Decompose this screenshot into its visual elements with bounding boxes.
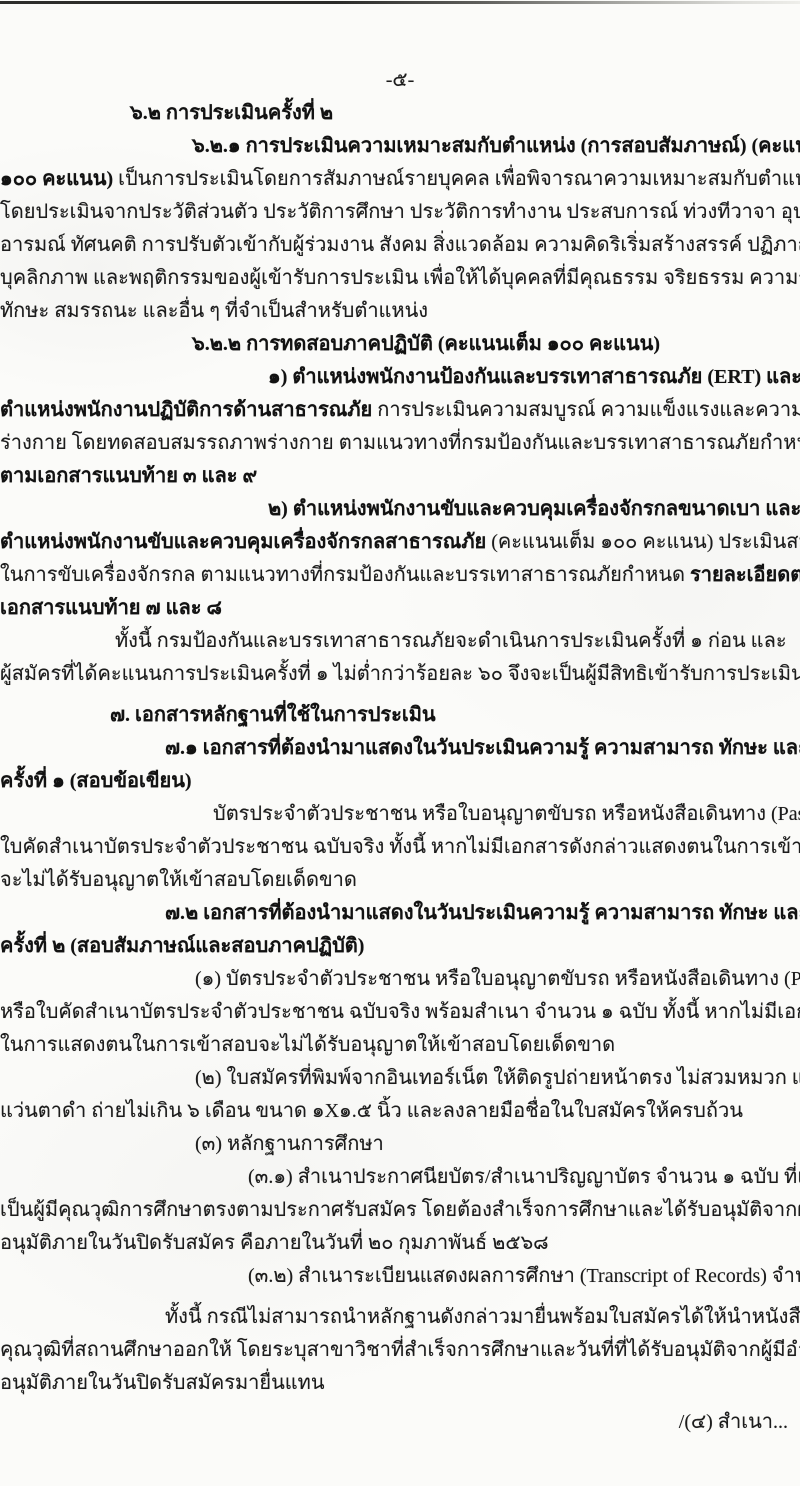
text-segment: ๑) ตำแหน่งพนักงานป้องกันและบรรเทาสาธารณภ… [268, 366, 800, 388]
text-line: ใบคัดสำเนาบัตรประจำตัวประชาชน ฉบับจริง ท… [0, 831, 800, 864]
text-line: (๓.๑) สำเนาประกาศนียบัตร/สำเนาปริญญาบัตร… [0, 1161, 800, 1194]
item-2-heading: ๒) ตำแหน่งพนักงานขับและควบคุมเครื่องจักร… [0, 493, 800, 526]
text-line: ครั้งที่ ๑ (สอบข้อเขียน) [0, 765, 800, 798]
text-segment: อนุมัติภายในวันปิดรับสมัคร คือภายในวันที… [0, 1232, 549, 1254]
text-segment: บุคลิกภาพ และพฤติกรรมของผู้เข้ารับการประ… [0, 267, 800, 289]
scan-artifact-line [0, 1, 800, 4]
text-segment: ในการขับเครื่องจักรกล ตามแนวทางที่กรมป้อ… [0, 564, 690, 586]
text-line: ทั้งนี้ กรมป้องกันและบรรเทาสาธารณภัยจะดำ… [0, 625, 800, 658]
text-segment: ครั้งที่ ๒ (สอบสัมภาษณ์และสอบภาคปฏิบัติ) [0, 935, 364, 957]
text-line: อนุมัติภายในวันปิดรับสมัครมายื่นแทน [0, 1367, 800, 1400]
text-line: ตำแหน่งพนักงานขับและควบคุมเครื่องจักรกลส… [0, 526, 800, 559]
text-segment: เป็นการประเมินโดยการสัมภาษณ์รายบุคคล เพื… [113, 168, 800, 190]
text-segment: /(๔) สำเนา... [679, 1411, 788, 1433]
text-segment: ตามเอกสารแนบท้าย ๓ และ ๙ [0, 465, 257, 487]
text-segment: ตำแหน่งพนักงานขับและควบคุมเครื่องจักรกลส… [0, 531, 486, 553]
section-7-2-heading: ๗.๒ เอกสารที่ต้องนำมาแสดงในวันประเมินควา… [0, 897, 800, 930]
text-line: ครั้งที่ ๒ (สอบสัมภาษณ์และสอบภาคปฏิบัติ) [0, 930, 800, 963]
text-segment: โดยประเมินจากประวัติส่วนตัว ประวัติการศึ… [0, 201, 800, 223]
text-segment: การประเมินความสมบูรณ์ ความแข็งแรงและความ… [372, 399, 800, 421]
section-7-heading: ๗. เอกสารหลักฐานที่ใช้ในการประเมิน [0, 699, 800, 732]
text-segment: เอกสารแนบท้าย ๗ และ ๘ [0, 597, 222, 619]
text-line: ร่างกาย โดยทดสอบสมรรถภาพร่างกาย ตามแนวทา… [0, 427, 800, 460]
scanned-document-page: -๕-๖.๒ การประเมินครั้งที่ ๒๖.๒.๑ การประเ… [0, 0, 800, 1486]
text-segment: ๖.๒.๑ การประเมินความเหมาะสมกับตำแหน่ง (ก… [192, 135, 800, 157]
text-line: ทั้งนี้ กรณีไม่สามารถนำหลักฐานดังกล่าวมา… [0, 1301, 800, 1334]
text-line: (๓.๒) สำเนาระเบียนแสดงผลการศึกษา (Transc… [0, 1260, 800, 1293]
text-segment: ร่างกาย โดยทดสอบสมรรถภาพร่างกาย ตามแนวทา… [0, 432, 800, 454]
text-line: อนุมัติภายในวันปิดรับสมัคร คือภายในวันที… [0, 1227, 800, 1260]
text-line: ทักษะ สมรรถนะ และอื่น ๆ ที่จำเป็นสำหรับต… [0, 295, 800, 328]
page-number: -๕- [0, 64, 800, 97]
section-6-2-1-heading: ๖.๒.๑ การประเมินความเหมาะสมกับตำแหน่ง (ก… [0, 130, 800, 163]
text-line: ผู้สมัครที่ได้คะแนนการประเมินครั้งที่ ๑ … [0, 658, 800, 691]
text-segment: หรือใบคัดสำเนาบัตรประจำตัวประชาชน ฉบับจร… [0, 1001, 800, 1023]
text-segment: ครั้งที่ ๑ (สอบข้อเขียน) [0, 770, 192, 792]
text-segment: ใบคัดสำเนาบัตรประจำตัวประชาชน ฉบับจริง ท… [0, 836, 800, 858]
text-segment: ๑๐๐ คะแนน) [0, 168, 113, 190]
text-line: ในการแสดงตนในการเข้าสอบจะไม่ได้รับอนุญาต… [0, 1029, 800, 1062]
text-segment: เป็นผู้มีคุณวุฒิการศึกษาตรงตามประกาศรับส… [0, 1199, 800, 1221]
text-segment: คุณวุฒิที่สถานศึกษาออกให้ โดยระบุสาขาวิช… [0, 1339, 800, 1361]
text-line: อารมณ์ ทัศนคติ การปรับตัวเข้ากับผู้ร่วมง… [0, 229, 800, 262]
text-segment: (๓.๒) สำเนาระเบียนแสดงผลการศึกษา (Transc… [248, 1265, 800, 1287]
text-segment: (๒) ใบสมัครที่พิมพ์จากอินเทอร์เน็ต ให้ติ… [195, 1067, 800, 1089]
text-segment: (คะแนนเต็ม ๑๐๐ คะแนน) ประเมินสมรรถนะ [486, 531, 800, 553]
text-segment: (๓) หลักฐานการศึกษา [195, 1133, 384, 1155]
text-segment: ๗.๑ เอกสารที่ต้องนำมาแสดงในวันประเมินควา… [165, 737, 800, 759]
text-segment: ทั้งนี้ กรมป้องกันและบรรเทาสาธารณภัยจะดำ… [115, 630, 787, 652]
text-segment: จะไม่ได้รับอนุญาตให้เข้าสอบโดยเด็ดขาด [0, 869, 357, 891]
text-segment: ๗. เอกสารหลักฐานที่ใช้ในการประเมิน [110, 704, 436, 726]
text-segment: ๒) ตำแหน่งพนักงานขับและควบคุมเครื่องจักร… [268, 498, 800, 520]
text-segment: ตำแหน่งพนักงานปฏิบัติการด้านสาธารณภัย [0, 399, 372, 421]
section-6-2-2-heading: ๖.๒.๒ การทดสอบภาคปฏิบัติ (คะแนนเต็ม ๑๐๐ … [0, 328, 800, 361]
text-line: คุณวุฒิที่สถานศึกษาออกให้ โดยระบุสาขาวิช… [0, 1334, 800, 1367]
text-line: เป็นผู้มีคุณวุฒิการศึกษาตรงตามประกาศรับส… [0, 1194, 800, 1227]
text-line: โดยประเมินจากประวัติส่วนตัว ประวัติการศึ… [0, 196, 800, 229]
text-line: (๑) บัตรประจำตัวประชาชน หรือใบอนุญาตขับร… [0, 963, 800, 996]
text-segment: ๖.๒ การประเมินครั้งที่ ๒ [130, 102, 333, 124]
text-segment: -๕- [386, 69, 414, 91]
text-line: ๑๐๐ คะแนน) เป็นการประเมินโดยการสัมภาษณ์ร… [0, 163, 800, 196]
text-segment: ทั้งนี้ กรณีไม่สามารถนำหลักฐานดังกล่าวมา… [165, 1306, 800, 1328]
text-segment: อารมณ์ ทัศนคติ การปรับตัวเข้ากับผู้ร่วมง… [0, 234, 800, 256]
text-line: ตำแหน่งพนักงานปฏิบัติการด้านสาธารณภัย กา… [0, 394, 800, 427]
text-line: ตามเอกสารแนบท้าย ๓ และ ๙ [0, 460, 800, 493]
text-segment: แว่นตาดำ ถ่ายไม่เกิน ๖ เดือน ขนาด ๑X๑.๕ … [0, 1100, 743, 1122]
text-line: เอกสารแนบท้าย ๗ และ ๘ [0, 592, 800, 625]
item-1-heading: ๑) ตำแหน่งพนักงานป้องกันและบรรเทาสาธารณภ… [0, 361, 800, 394]
text-segment: ในการแสดงตนในการเข้าสอบจะไม่ได้รับอนุญาต… [0, 1034, 615, 1056]
text-line: ในการขับเครื่องจักรกล ตามแนวทางที่กรมป้อ… [0, 559, 800, 592]
text-line: บุคลิกภาพ และพฤติกรรมของผู้เข้ารับการประ… [0, 262, 800, 295]
text-line: (๒) ใบสมัครที่พิมพ์จากอินเทอร์เน็ต ให้ติ… [0, 1062, 800, 1095]
text-line: หรือใบคัดสำเนาบัตรประจำตัวประชาชน ฉบับจร… [0, 996, 800, 1029]
section-7-1-heading: ๗.๑ เอกสารที่ต้องนำมาแสดงในวันประเมินควา… [0, 732, 800, 765]
text-segment: รายละเอียดตาม [690, 564, 800, 586]
text-line: (๓) หลักฐานการศึกษา [0, 1128, 800, 1161]
text-line: แว่นตาดำ ถ่ายไม่เกิน ๖ เดือน ขนาด ๑X๑.๕ … [0, 1095, 800, 1128]
document-body: -๕-๖.๒ การประเมินครั้งที่ ๒๖.๒.๑ การประเ… [0, 64, 800, 1439]
text-segment: ผู้สมัครที่ได้คะแนนการประเมินครั้งที่ ๑ … [0, 663, 800, 685]
text-segment: (๓.๑) สำเนาประกาศนียบัตร/สำเนาปริญญาบัตร… [248, 1166, 800, 1188]
text-segment: ๗.๒ เอกสารที่ต้องนำมาแสดงในวันประเมินควา… [165, 902, 800, 924]
text-segment: (๑) บัตรประจำตัวประชาชน หรือใบอนุญาตขับร… [195, 968, 800, 990]
text-segment: อนุมัติภายในวันปิดรับสมัครมายื่นแทน [0, 1372, 325, 1394]
text-line: จะไม่ได้รับอนุญาตให้เข้าสอบโดยเด็ดขาด [0, 864, 800, 897]
text-segment: บัตรประจำตัวประชาชน หรือใบอนุญาตขับรถ หร… [213, 803, 800, 825]
section-6-2-heading: ๖.๒ การประเมินครั้งที่ ๒ [0, 97, 800, 130]
text-segment: ทักษะ สมรรถนะ และอื่น ๆ ที่จำเป็นสำหรับต… [0, 300, 428, 322]
text-segment: ๖.๒.๒ การทดสอบภาคปฏิบัติ (คะแนนเต็ม ๑๐๐ … [192, 333, 660, 355]
continuation-note: /(๔) สำเนา... [0, 1406, 800, 1439]
text-line: บัตรประจำตัวประชาชน หรือใบอนุญาตขับรถ หร… [0, 798, 800, 831]
